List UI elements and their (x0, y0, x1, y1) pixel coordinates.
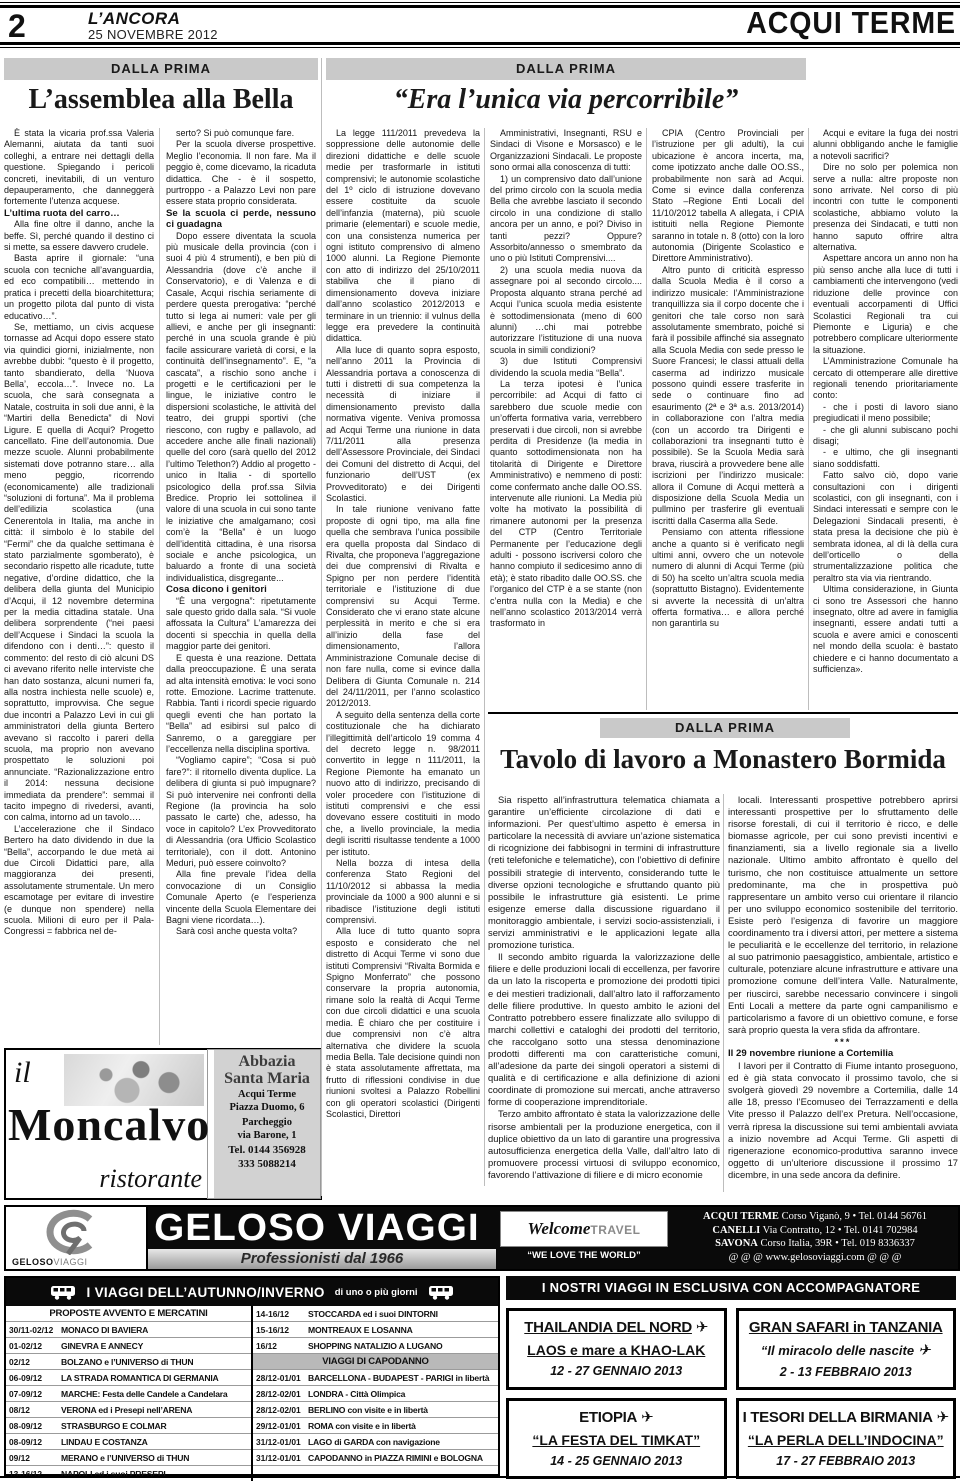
paragraph: - che gli alunni subiscano pochi disagi; (813, 425, 958, 448)
agency-city: SAVONA (715, 1238, 758, 1249)
travel-offer-box: GRAN SAFARI in TANZANIA✈ “Il miracolo de… (736, 1308, 957, 1390)
travel-row-date: 08-09/12 (9, 1421, 61, 1431)
tavolo-col1: Sia rispetto all’infrastruttura telemati… (488, 794, 720, 1192)
venue-mobile: 333 5088214 (216, 1158, 318, 1172)
paragraph: Il secondo ambito riguarda la valorizzaz… (488, 951, 720, 1108)
travel-exclusive-boxes: THAILANDIA DEL NORD✈ LAOS e mare a KHAO-… (506, 1308, 956, 1479)
agency-address-detail: Via Contratto, 12 • Tel. 0141 702984 (763, 1225, 918, 1236)
offer-dates: 2 - 13 FEBBRAIO 2013 (741, 1362, 952, 1383)
travel-exclusive-header: I NOSTRI VIAGGI IN ESCLUSIVA CON ACCOMPA… (506, 1276, 956, 1300)
paragraph: Sarà così anche questa volta? (166, 926, 316, 937)
travel-row-date: 28/12-02/01 (256, 1389, 308, 1399)
paragraph: È stata la vicaria prof.ssa Valeria Alem… (4, 128, 154, 208)
travel-row-destination: BERLINO con visite e in libertà (308, 1405, 495, 1415)
bus-icon (428, 1285, 454, 1300)
geloso-website: @ @ @ www.gelosoviaggi.com @ @ @ (672, 1251, 958, 1265)
airplane-icon: ✈ (696, 1319, 708, 1336)
agency-address-detail: Corso Italia, 39R • Tel. 019 8336337 (761, 1238, 915, 1249)
travel-row-destination: STOCCARDA ed i suoi DINTORNI (308, 1309, 495, 1319)
moncalvo-ad: il Moncalvo ristorante Abbazia Santa Mar… (4, 1048, 322, 1200)
bus-icon (50, 1285, 76, 1300)
paragraph: E questa è una reazione. Dettata dalla p… (166, 653, 316, 756)
paragraph: Ultima considerazione, in Giunta ci sono… (813, 584, 958, 675)
newspaper-page: 2 L’ANCORA 25 NOVEMBRE 2012 ACQUI TERME … (0, 0, 960, 1481)
paragraph: Nella bozza di intesa della conferenza S… (326, 858, 480, 926)
travel-row: 02/12 BOLZANO e l’UNIVERSO di THUN (6, 1354, 251, 1370)
geloso-tagline: Professionisti dal 1966 (148, 1249, 496, 1269)
travel-row: 15-16/12 MONTREAUX E LOSANNA (253, 1322, 498, 1338)
geloso-logo-label: GELOSOVIAGGI (12, 1257, 88, 1267)
paragraph: Per la scuola diverse prospettive. Megli… (166, 139, 316, 207)
travel-row: 14-16/12 STOCCARDA ed i suoi DINTORNI (253, 1306, 498, 1322)
travel-offer-box: THAILANDIA DEL NORD✈ LAOS e mare a KHAO-… (506, 1308, 727, 1390)
paragraph: L’Amministrazione Comunale ha cercato di… (813, 356, 958, 402)
airplane-icon: ✈ (641, 1409, 653, 1426)
column-divider (159, 128, 160, 1045)
agency-city: ACQUI TERME (703, 1211, 779, 1222)
welcome-travel-box: WelcomeTRAVEL “WE LOVE THE WORLD” (496, 1207, 672, 1269)
travel-row-date: 01-02/12 (9, 1341, 61, 1351)
paragraph: L’ultima ruota del carro… (4, 208, 154, 219)
travel-row-destination: MONTREAUX E LOSANNA (308, 1325, 495, 1335)
paragraph: Dopo essere diventata la scuola più musi… (166, 231, 316, 585)
travel-offer-box: ETIOPIA✈ “LA FESTA DEL TIMKAT”✈ 14 - 25 … (506, 1398, 727, 1479)
paragraph: La terza ipotesi è l’unica percorribile:… (490, 379, 642, 630)
venue-name-line2: Santa Maria (216, 1071, 318, 1088)
kicker-tavolo: DALLA PRIMA (600, 718, 850, 738)
travel-row-date: 28/12-01/01 (256, 1373, 308, 1383)
block-divider (321, 58, 322, 1196)
paragraph: Acqui e evitare la fuga dei nostri alunn… (813, 128, 958, 162)
travel-row: VIAGGI DI CAPODANNO (253, 1354, 498, 1370)
offer-dates: 14 - 25 GENNAIO 2013 (511, 1451, 722, 1472)
header-bottom-rule-thin (0, 47, 960, 48)
travel-row-destination: MARCHE: Festa delle Candele a Candelara (61, 1389, 248, 1399)
venue-city: Acqui Terme (216, 1088, 318, 1101)
paragraph: Aspettare ancora un anno non ha più sens… (813, 253, 958, 356)
welcome-script: Welcome (527, 1219, 590, 1238)
offer-subtitle: “LA FESTA DEL TIMKAT” (532, 1432, 700, 1448)
middle-article-col1: La legge 111/2011 prevedeva la soppressi… (326, 128, 480, 1186)
travel-row-destination: MERANO e l’UNIVERSO di THUN (61, 1453, 248, 1463)
venue-address: Piazza Duomo, 6 (216, 1101, 318, 1114)
travel-row-destination: VERONA ed i Presepi nell’ARENA (61, 1405, 248, 1415)
moncalvo-ristorante: ristorante (99, 1164, 202, 1194)
geloso-addresses: ACQUI TERME Corso Viganò, 9 • Tel. 0144 … (672, 1207, 958, 1269)
travel-row-destination: VIAGGI DI CAPODANNO (256, 1357, 495, 1367)
travel-row: 09/12 MERANO e l’UNIVERSO di THUN (6, 1450, 251, 1466)
travel-row-destination: LINDAU E COSTANZA (61, 1437, 248, 1447)
paragraph: Se, mettiamo, un civis acquese tornasse … (4, 322, 154, 824)
paragraph: “Vogliamo capire”; “Cosa si può fare?”: … (166, 755, 316, 869)
travel-row-destination: LONDRA - Città Olimpica (308, 1389, 495, 1399)
offer-destination: ETIOPIA (579, 1409, 637, 1426)
paragraph: La legge 111/2011 prevedeva la soppressi… (326, 128, 480, 345)
page-bottom-rule (0, 1476, 960, 1478)
travel-row-destination: ROMA con visite e in libertà (308, 1421, 495, 1431)
headline-tavolo: Tavolo di lavoro a Monastero Bormida (488, 744, 958, 775)
venue-parking-address: via Barone, 1 (216, 1129, 318, 1142)
travel-row: PROPOSTE AVVENTO E MERCATINI (6, 1306, 251, 1322)
paragraph: Terzo ambito affrontato è stata la valor… (488, 1108, 720, 1181)
paragraph: I lavori per il Contratto di Fiume intan… (728, 1060, 958, 1181)
paragraph: - e ultimo, che gli insegnanti siano sod… (813, 447, 958, 470)
paragraph: Fatto salvo ciò, dopo varie consultazion… (813, 470, 958, 584)
travel-list-column-b: 14-16/12 STOCCARDA ed i suoi DINTORNI 15… (251, 1306, 498, 1481)
travel-row-destination: PROPOSTE AVVENTO E MERCATINI (9, 1309, 248, 1319)
paragraph: serto? Si può comunque fare. (166, 128, 316, 139)
paragraph: 1) un comprensivo dato dall’unione del p… (490, 174, 642, 265)
welcome-slogan: “WE LOVE THE WORLD” (500, 1247, 668, 1265)
logo-text-bold: GELOSO (12, 1257, 54, 1267)
travel-row-date: 08-09/12 (9, 1437, 61, 1447)
travel-autumn-subtitle: di uno o più giorni (335, 1287, 418, 1298)
travel-row-date: 07-09/12 (9, 1389, 61, 1399)
header-bottom-rule-thick (0, 42, 960, 45)
offer-destination: THAILANDIA DEL NORD (524, 1319, 692, 1336)
paragraph: Altro punto di criticità espresso dalla … (652, 265, 804, 527)
paragraph: In tale riunione venivano fatte proposte… (326, 504, 480, 709)
column-divider (808, 128, 809, 710)
paragraph: L’accelerazione che il Sindaco Bertero h… (4, 824, 154, 938)
page-number: 2 (8, 10, 26, 42)
travel-row-destination: SHOPPING NATALIZIO A LUGANO (308, 1341, 495, 1351)
travel-row-destination: BOLZANO e l’UNIVERSO di THUN (61, 1357, 248, 1367)
headline-era-unica: “Era l’unica via percorribile” (326, 84, 806, 116)
geloso-g-logo-icon (38, 1209, 108, 1255)
travel-row: 28/12-02/01 BERLINO con visite e in libe… (253, 1402, 498, 1418)
issue-date: 25 NOVEMBRE 2012 (88, 27, 218, 42)
left-article-col1: È stata la vicaria prof.ssa Valeria Alem… (4, 128, 154, 1045)
kicker-left: DALLA PRIMA (4, 58, 318, 80)
offer-subtitle: “LA PERLA DELL’INDOCINA” (748, 1432, 944, 1448)
paragraph: Se la scuola ci perde, nessuno ci guadag… (166, 208, 316, 231)
travel-row: 31/12-01/01 LAGO di GARDA con navigazion… (253, 1434, 498, 1450)
travel-row: 08/12 VERONA ed i Presepi nell’ARENA (6, 1402, 251, 1418)
paragraph: Dire no solo per polemica non serve a nu… (813, 162, 958, 253)
moncalvo-ad-right: Abbazia Santa Maria Acqui Terme Piazza D… (208, 1050, 320, 1198)
middle-article-col3: CPIA (Centro Provinciali per l’istruzion… (652, 128, 804, 710)
travel-row-date: 16/12 (256, 1341, 308, 1351)
paragraph: Alla fine oltre il danno, anche la beffe… (4, 219, 154, 253)
travel-row-date: 06-09/12 (9, 1373, 61, 1383)
paragraph: Alla fine prevale l’idea della convocazi… (166, 869, 316, 926)
travel-row-destination: MONACO DI BAVIERA (61, 1325, 248, 1335)
travel-row-destination: CAPODANNO in PIAZZA RIMINI e BOLOGNA (308, 1453, 495, 1463)
travel-row: 08-09/12 STRASBURGO E COLMAR (6, 1418, 251, 1434)
left-article-col2: serto? Si può comunque fare.Per la scuol… (166, 128, 316, 1045)
travel-row-date: 30/11-02/12 (9, 1325, 61, 1335)
paragraph: Sia rispetto all’infrastruttura telemati… (488, 794, 720, 951)
moncalvo-name: Moncalvo (8, 1102, 208, 1148)
travel-row: 16/12 SHOPPING NATALIZIO A LUGANO (253, 1338, 498, 1354)
travel-row-date: 31/12-01/01 (256, 1437, 308, 1447)
agency-city: CANELLI (712, 1225, 760, 1236)
travel-row: 28/12-02/01 LONDRA - Città Olimpica (253, 1386, 498, 1402)
moncalvo-ad-left: il Moncalvo ristorante (6, 1050, 208, 1198)
masthead: L’ANCORA (88, 9, 180, 29)
travel-row: 13-16/12 NAPOLI ed i suoi PRESEPI (6, 1466, 251, 1481)
welcome-caps: TRAVEL (590, 1223, 640, 1237)
venue-phone: Tel. 0144 356928 (216, 1144, 318, 1158)
geloso-logo-box: GELOSOVIAGGI (6, 1207, 148, 1269)
travel-row-date: 08/12 (9, 1405, 61, 1415)
paragraph: 2) una scuola media nuova da assegnare p… (490, 265, 642, 356)
travel-row: 07-09/12 MARCHE: Festa delle Candele a C… (6, 1386, 251, 1402)
paragraph: *** (728, 1036, 958, 1048)
paragraph: Alla luce di tutto quanto sopra esposto … (326, 926, 480, 1120)
paragraph: Basta aprire il giornale: “una scuola co… (4, 253, 154, 321)
paragraph: Pensiamo con attenta riflessione anche a… (652, 527, 804, 630)
travel-row-date: 28/12-02/01 (256, 1405, 308, 1415)
geloso-banner-ad: GELOSOVIAGGI GELOSO VIAGGI Professionist… (4, 1205, 960, 1271)
column-divider (484, 128, 485, 1186)
paragraph: CPIA (Centro Provinciali per l’istruzion… (652, 128, 804, 265)
paragraph: Amministrativi, Insegnanti, RSU e Sindac… (490, 128, 642, 174)
welcome-travel-logo: WelcomeTRAVEL (500, 1211, 668, 1247)
travel-list-column-a: PROPOSTE AVVENTO E MERCATINI 30/11-02/12… (6, 1306, 251, 1481)
travel-row: 31/12-01/01 CAPODANNO in PIAZZA RIMINI e… (253, 1450, 498, 1466)
travel-row: 29/12-01/01 ROMA con visite e in libertà (253, 1418, 498, 1434)
agency-address: CANELLI Via Contratto, 12 • Tel. 0141 70… (672, 1224, 958, 1238)
headline-assemblea: L’assemblea alla Bella (4, 84, 318, 116)
agency-address: ACQUI TERME Corso Viganò, 9 • Tel. 0144 … (672, 1210, 958, 1224)
travel-row-destination: BARCELLONA - BUDAPEST - PARIGI in libert… (308, 1373, 495, 1383)
travel-row-date: 31/12-01/01 (256, 1453, 308, 1463)
agency-address: SAVONA Corso Italia, 39R • Tel. 019 8336… (672, 1237, 958, 1251)
venue-name-line1: Abbazia (216, 1054, 318, 1071)
travel-row: 01-02/12 GINEVRA E ANNECY (6, 1338, 251, 1354)
travel-row-destination: GINEVRA E ANNECY (61, 1341, 248, 1351)
paragraph: A seguito della sentenza della corte cos… (326, 710, 480, 858)
travel-row: 08-09/12 LINDAU E COSTANZA (6, 1434, 251, 1450)
column-divider (723, 794, 724, 1192)
offer-subtitle: LAOS e mare a KHAO-LAK (527, 1342, 705, 1358)
offer-dates: 12 - 27 GENNAIO 2013 (511, 1361, 722, 1382)
travel-row-date: 14-16/12 (256, 1309, 308, 1319)
geloso-brand: GELOSO VIAGGI (148, 1207, 503, 1247)
travel-autumn-table: I VIAGGI DELL’AUTUNNO/INVERNO di uno o p… (4, 1276, 500, 1476)
travel-row-date: 15-16/12 (256, 1325, 308, 1335)
paragraph: Il 29 novembre riunione a Cortemilia (728, 1048, 958, 1060)
travel-autumn-title: I VIAGGI DELL’AUTUNNO/INVERNO (86, 1285, 324, 1300)
tavolo-col2: locali. Interessanti prospettive potrebb… (728, 794, 958, 1192)
travel-row-destination: LA STRADA ROMANTICA DI GERMANIA (61, 1373, 248, 1383)
travel-row-destination: STRASBURGO E COLMAR (61, 1421, 248, 1431)
offer-dates: 17 - 27 FEBBRAIO 2013 (741, 1451, 952, 1472)
airplane-icon: ✈ (937, 1409, 949, 1426)
travel-row-date: 09/12 (9, 1453, 61, 1463)
travel-row-destination: LAGO di GARDA con navigazione (308, 1437, 495, 1447)
agency-address-detail: Corso Viganò, 9 • Tel. 0144 56761 (782, 1211, 927, 1222)
travel-row: 06-09/12 LA STRADA ROMANTICA DI GERMANIA (6, 1370, 251, 1386)
paragraph: Cosa dicono i genitori (166, 584, 316, 595)
travel-offer-box: I TESORI DELLA BIRMANIA✈ “LA PERLA DELL’… (736, 1398, 957, 1479)
paragraph: locali. Interessanti prospettive potrebb… (728, 794, 958, 1036)
paragraph: - che i posti di lavoro siano pregiudica… (813, 402, 958, 425)
middle-article-col2: Amministrativi, Insegnanti, RSU e Sindac… (490, 128, 642, 710)
venue-parking: Parcheggio (216, 1116, 318, 1129)
paragraph: “È una vergogna”: ripetutamente sale que… (166, 596, 316, 653)
travel-row: 30/11-02/12 MONACO DI BAVIERA (6, 1322, 251, 1338)
travel-autumn-header: I VIAGGI DELL’AUTUNNO/INVERNO di uno o p… (6, 1278, 498, 1306)
paragraph: 3) due Istituti Comprensivi dividendo la… (490, 356, 642, 379)
column-divider (646, 128, 647, 710)
travel-row-date: 29/12-01/01 (256, 1421, 308, 1431)
kicker-middle: DALLA PRIMA (326, 58, 806, 80)
header-rule-thin (0, 2, 960, 3)
moncalvo-il: il (14, 1056, 31, 1090)
travel-row-date: 02/12 (9, 1357, 61, 1367)
geloso-brand-area: GELOSO VIAGGI Professionisti dal 1966 (148, 1207, 496, 1269)
offer-subtitle: “Il miracolo delle nascite (761, 1343, 914, 1358)
airplane-icon: ✈ (918, 1342, 931, 1359)
middle-article-col4: Acqui e evitare la fuga dei nostri alunn… (813, 128, 958, 710)
offer-destination: I TESORI DELLA BIRMANIA (743, 1409, 933, 1426)
travel-row: 28/12-01/01 BARCELLONA - BUDAPEST - PARI… (253, 1370, 498, 1386)
section-title: ACQUI TERME (746, 5, 956, 41)
offer-destination: GRAN SAFARI in TANZANIA (749, 1319, 943, 1336)
logo-text-light: VIAGGI (54, 1257, 88, 1267)
paragraph: Alla luce di quanto sopra esposto, nell’… (326, 345, 480, 505)
tavolo-top-rule (488, 712, 958, 714)
